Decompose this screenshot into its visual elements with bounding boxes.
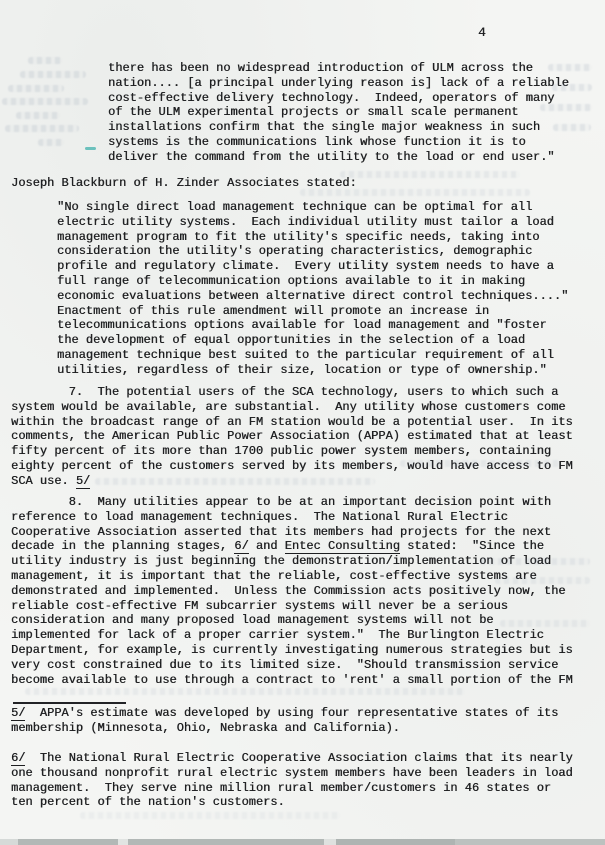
text-line: membership (Minnesota, Ohio, Nebraska an… bbox=[11, 721, 558, 736]
bleed-through-artifact bbox=[495, 577, 590, 584]
bleed-through-artifact bbox=[5, 125, 79, 132]
bleed-through-artifact bbox=[80, 812, 340, 819]
bleed-through-artifact bbox=[500, 620, 590, 627]
text-line: 7. The potential users of the SCA techno… bbox=[11, 385, 573, 400]
bleed-through-artifact bbox=[25, 688, 465, 695]
bleed-through-artifact bbox=[552, 84, 592, 91]
quote-ulm-block: there has been no widespread introductio… bbox=[108, 61, 569, 165]
bleed-through-artifact bbox=[20, 71, 86, 78]
text-line: electric utility systems. Each individua… bbox=[57, 215, 568, 230]
text-line: within the broadcast range of an FM stat… bbox=[11, 415, 573, 430]
paragraph-8: 8. Many utilities appear to be at an imp… bbox=[11, 495, 573, 687]
text-line: Enactment of this rule amendment will pr… bbox=[57, 304, 568, 319]
text-line: profile and regulatory climate. Every ut… bbox=[57, 259, 568, 274]
footnote-separator-rule bbox=[13, 702, 126, 704]
paragraph-7: 7. The potential users of the SCA techno… bbox=[11, 385, 573, 489]
text-line: reference to load management techniques.… bbox=[11, 510, 573, 525]
text-line: demonstrated and implemented. Unless the… bbox=[11, 584, 573, 599]
text-line: 6/ The National Rural Electric Cooperati… bbox=[11, 751, 573, 766]
text-line: 5/ APPA's estimate was developed by usin… bbox=[11, 706, 558, 721]
text-line: full range of telecommunication options … bbox=[57, 274, 568, 289]
bleed-through-artifact bbox=[340, 171, 520, 178]
page-number: 4 bbox=[478, 25, 486, 40]
text-line: installations confirm that the single ma… bbox=[108, 120, 569, 135]
pen-mark bbox=[85, 147, 96, 150]
text-line: implemented for lack of a proper carrier… bbox=[11, 628, 573, 643]
text-line: management program to fit the utility's … bbox=[57, 230, 568, 245]
text-line: system would be available, are substanti… bbox=[11, 400, 573, 415]
text-line: deliver the command from the utility to … bbox=[108, 150, 569, 165]
text-line: management, it is important that the rel… bbox=[11, 569, 573, 584]
text-line: 8. Many utilities appear to be at an imp… bbox=[11, 495, 573, 510]
text-line: consideration the utility's operating ch… bbox=[57, 244, 568, 259]
text-line: ten percent of the nation's customers. bbox=[11, 795, 573, 810]
quote-blackburn-block: "No single direct load management techni… bbox=[57, 200, 568, 378]
bleed-through-artifact bbox=[553, 124, 591, 131]
footnote-6: 6/ The National Rural Electric Cooperati… bbox=[11, 751, 573, 810]
text-line: telecommunications options available for… bbox=[57, 318, 568, 333]
bleed-through-artifact bbox=[548, 64, 592, 71]
bleed-through-artifact bbox=[480, 558, 590, 565]
text-line: there has been no widespread introductio… bbox=[108, 61, 569, 76]
text-line: reliable cost-effective FM subcarrier sy… bbox=[11, 599, 573, 614]
text-line: comments, the American Public Power Asso… bbox=[11, 429, 573, 444]
text-line: decade in the planning stages, 6/ and En… bbox=[11, 539, 573, 554]
bleed-through-artifact bbox=[28, 57, 62, 64]
bleed-through-artifact bbox=[400, 460, 560, 467]
text-line: one thousand nonprofit rural electric sy… bbox=[11, 766, 573, 781]
bleed-through-artifact bbox=[38, 139, 64, 146]
footnote-5: 5/ APPA's estimate was developed by usin… bbox=[11, 706, 558, 736]
bleed-through-artifact bbox=[95, 478, 375, 485]
text-line: nation.... [a principal underlying reaso… bbox=[108, 76, 569, 91]
bleed-through-artifact bbox=[8, 85, 64, 92]
scan-bottom-edge bbox=[0, 839, 605, 845]
text-line: cost-effective delivery technology. Inde… bbox=[108, 91, 569, 106]
text-line: Cooperative Association asserted that it… bbox=[11, 525, 573, 540]
bleed-through-artifact bbox=[540, 104, 592, 111]
text-line: the development of equal opportunities i… bbox=[57, 333, 568, 348]
text-line: management technique best suited to the … bbox=[57, 348, 568, 363]
text-line: become available to use through a contra… bbox=[11, 673, 573, 688]
text-line: management. They serve nine million rura… bbox=[11, 781, 573, 796]
text-line: economic evaluations between alternative… bbox=[57, 289, 568, 304]
text-line: consideration and many proposed load man… bbox=[11, 613, 573, 628]
text-line: very cost constrained due to its limited… bbox=[11, 658, 573, 673]
text-line: fifty percent of its more than 1700 publ… bbox=[11, 444, 573, 459]
text-line: utilities, regardless of their size, loc… bbox=[57, 363, 568, 378]
text-line: Department, for example, is currently in… bbox=[11, 643, 573, 658]
bleed-through-artifact bbox=[2, 98, 88, 105]
bleed-through-artifact bbox=[300, 189, 530, 196]
text-line: systems is the communications link whose… bbox=[108, 135, 569, 150]
text-line: of the ULM experimental projects or smal… bbox=[108, 105, 569, 120]
bleed-through-artifact bbox=[16, 112, 60, 119]
text-line: "No single direct load management techni… bbox=[57, 200, 568, 215]
document-page: 4 there has been no widespread introduct… bbox=[0, 0, 605, 845]
